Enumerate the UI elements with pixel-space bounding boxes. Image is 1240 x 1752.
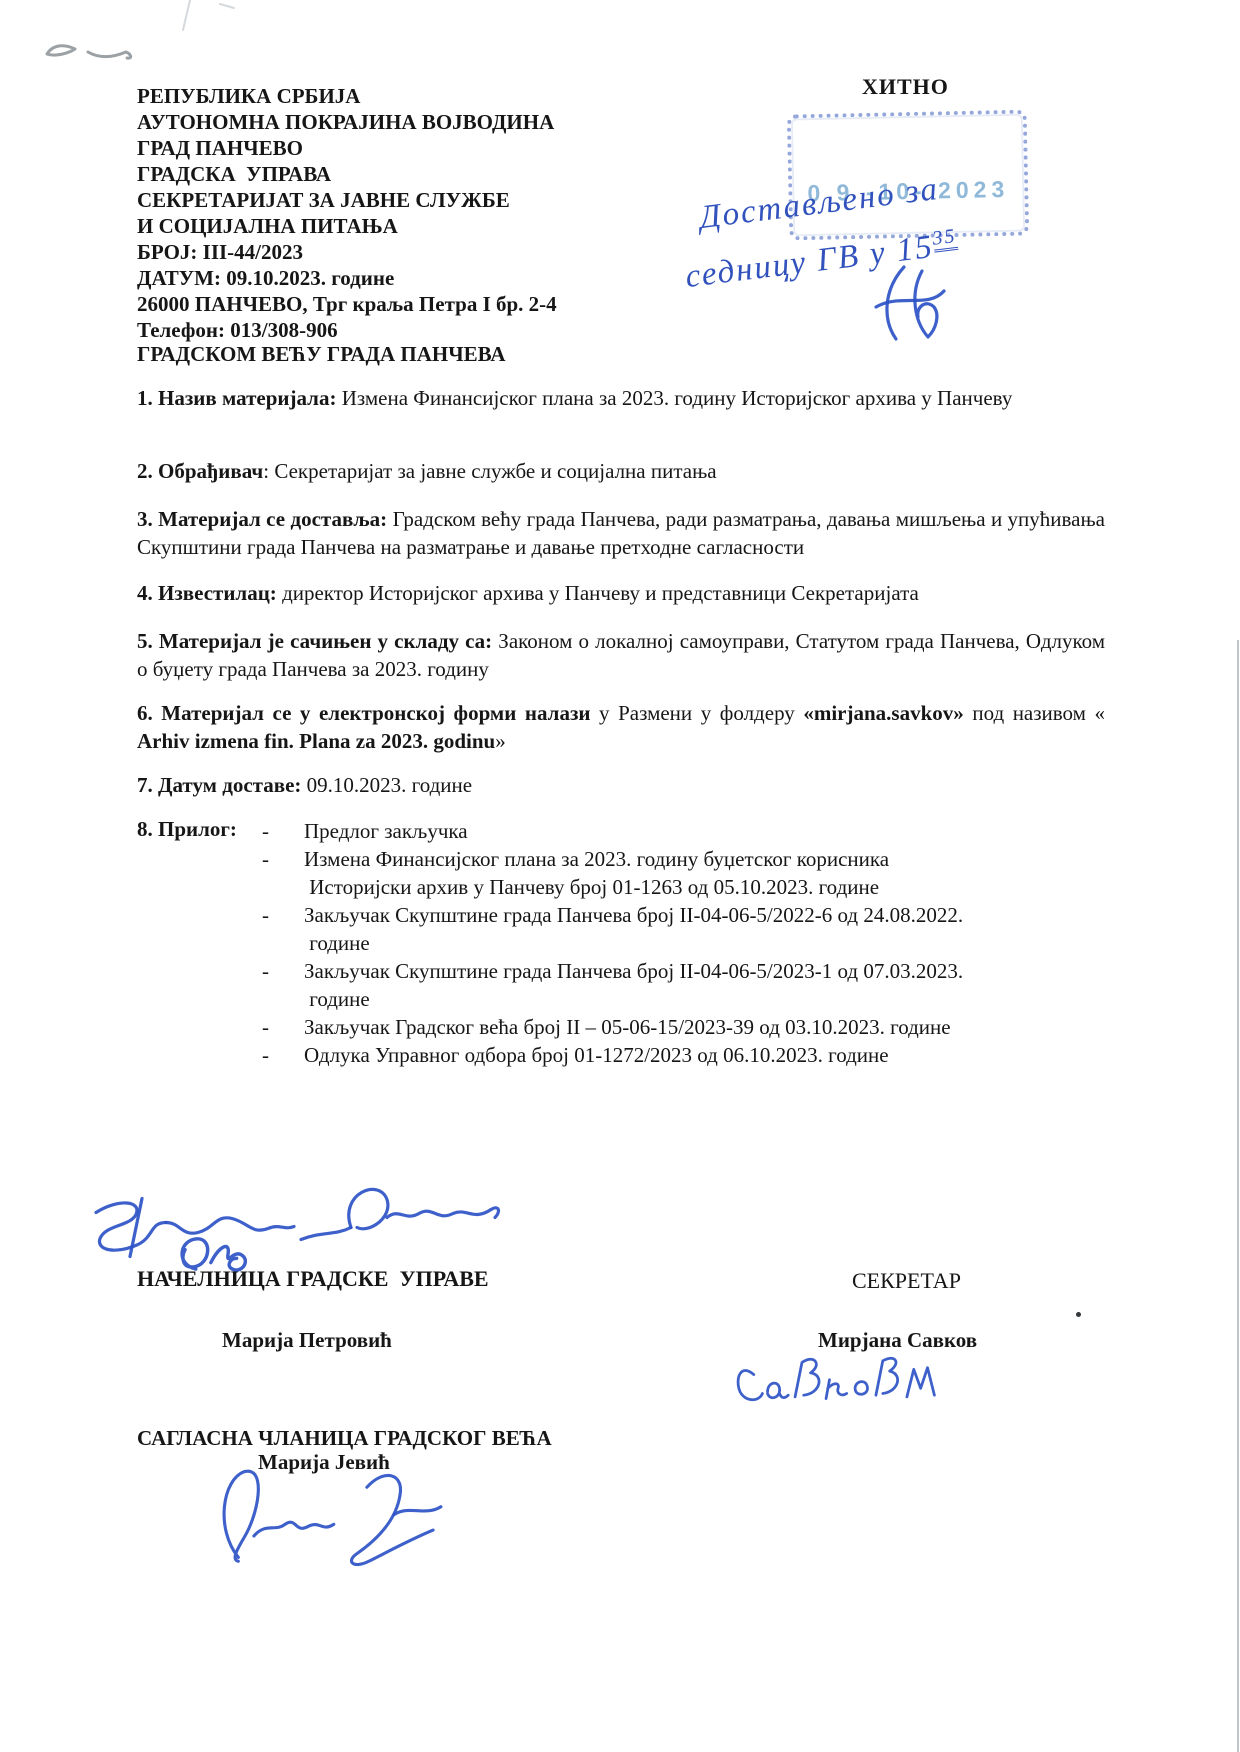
folder-name: «mirjana.savkov» — [803, 701, 963, 725]
paragraph-rapporteur: 4. Известилац: директор Историјског архи… — [137, 579, 1105, 607]
attachment-text: Одлука Управног одбора број 01-1272/2023… — [304, 1041, 1072, 1069]
dash-bullet: - — [262, 817, 304, 845]
dash-bullet: - — [262, 957, 304, 985]
scan-edge-line — [1237, 640, 1239, 1752]
paragraph-legal-basis: 5. Материјал је сачињен у складу са: Зак… — [137, 627, 1105, 683]
scan-smudge-artifact — [86, 44, 138, 64]
paragraph-text: Измена Финансијског плана за 2023. годин… — [336, 386, 1012, 410]
letterhead-line: АУТОНОМНА ПОКРАЈИНА ВОЈВОДИНА — [137, 109, 557, 135]
attachment-text: Измена Финансијског плана за 2023. годин… — [304, 845, 1072, 901]
paragraph-label: 3. Материјал се доставља: — [137, 507, 387, 531]
scanned-document-page: РЕПУБЛИКА СРБИЈА АУТОНОМНА ПОКРАЈИНА ВОЈ… — [0, 0, 1240, 1752]
letterhead: РЕПУБЛИКА СРБИЈА АУТОНОМНА ПОКРАЈИНА ВОЈ… — [137, 83, 557, 343]
chief-name: Марија Петровић — [222, 1328, 392, 1353]
handwritten-note-superscript: 35 — [931, 225, 958, 253]
paragraph-text: » — [495, 729, 506, 753]
attachment-item: - Закључак Градског већа број II – 05-06… — [262, 1013, 1072, 1041]
dash-bullet: - — [262, 1013, 304, 1041]
letterhead-line: РЕПУБЛИКА СРБИЈА — [137, 83, 557, 109]
paragraph-text: : Секретаријат за јавне службе и социјал… — [263, 459, 716, 483]
attachments-label: 8. Прилог: — [137, 817, 237, 842]
paragraph-processor: 2. Обрађивач: Секретаријат за јавне служ… — [137, 457, 1105, 485]
paragraph-delivered-to: 3. Материјал се доставља: Градском већу … — [137, 505, 1105, 561]
attachment-text: Закључак Скупштине града Панчева број II… — [304, 957, 1072, 1013]
secretary-title: СЕКРЕТАР — [852, 1268, 961, 1294]
attachment-item: - Закључак Скупштине града Панчева број … — [262, 957, 1072, 1013]
attachment-text: Закључак Градског већа број II – 05-06-1… — [304, 1013, 1072, 1041]
paragraph-electronic-location: 6. Материјал се у електронској форми нал… — [137, 699, 1105, 755]
paragraph-text: 09.10.2023. године — [301, 773, 472, 797]
paragraph-text: под називом « — [964, 701, 1105, 725]
attachment-item: - Измена Финансијског плана за 2023. год… — [262, 845, 1072, 901]
attachments-list: - Предлог закључка - Измена Финансијског… — [262, 817, 1072, 1069]
secretary-signature-scribble — [728, 1348, 943, 1414]
consenting-member-signature-scribble — [198, 1460, 452, 1572]
scan-dot-artifact — [1076, 1312, 1081, 1317]
chief-signature-scribble — [295, 1175, 505, 1250]
attachment-item: - Предлог закључка — [262, 817, 1072, 845]
handwritten-initials-scribble — [856, 260, 956, 346]
paragraph-label: 7. Датум доставе: — [137, 773, 301, 797]
file-name: Arhiv izmena fin. Plana za 2023. godinu — [137, 729, 495, 753]
attachment-text: Предлог закључка — [304, 817, 1072, 845]
paragraph-delivery-date: 7. Датум доставе: 09.10.2023. године — [137, 771, 1105, 799]
scan-smudge-artifact — [44, 40, 84, 62]
letterhead-line: ГРАДСКА УПРАВА — [137, 161, 557, 187]
consenting-member-title: САГЛАСНА ЧЛАНИЦА ГРАДСКОГ ВЕЋА — [137, 1426, 552, 1451]
dash-bullet: - — [262, 901, 304, 929]
dash-bullet: - — [262, 845, 304, 873]
paragraph-label: 2. Обрађивач — [137, 459, 263, 483]
letterhead-address: 26000 ПАНЧЕВО, Трг краља Петра I бр. 2-4 — [137, 291, 557, 317]
chief-title: НАЧЕЛНИЦА ГРАДСКЕ УПРАВЕ — [137, 1266, 489, 1292]
scan-smudge-artifact — [180, 0, 240, 32]
urgent-label: ХИТНО — [862, 74, 949, 100]
attachment-item: - Одлука Управног одбора број 01-1272/20… — [262, 1041, 1072, 1069]
letterhead-date: ДАТУМ: 09.10.2023. године — [137, 265, 557, 291]
paragraph-label: 4. Известилац: — [137, 581, 277, 605]
letterhead-case-number: БРОЈ: III-44/2023 — [137, 239, 557, 265]
recipient-title: ГРАДСКОМ ВЕЋУ ГРАДА ПАНЧЕВА — [137, 342, 506, 367]
letterhead-line: СЕКРЕТАРИЈАТ ЗА ЈАВНЕ СЛУЖБЕ — [137, 187, 557, 213]
paragraph-text: у Размени у фолдеру — [590, 701, 803, 725]
attachment-item: - Закључак Скупштине града Панчева број … — [262, 901, 1072, 957]
dash-bullet: - — [262, 1041, 304, 1069]
letterhead-line: И СОЦИЈАЛНА ПИТАЊА — [137, 213, 557, 239]
paragraph-material-name: 1. Назив материјала: Измена Финансијског… — [137, 384, 1105, 412]
paragraph-text: директор Историјског архива у Панчеву и … — [277, 581, 919, 605]
chief-signature-scribble — [90, 1190, 300, 1265]
letterhead-phone: Телефон: 013/308-906 — [137, 317, 557, 343]
paragraph-label: 6. Материјал се у електронској форми нал… — [137, 701, 590, 725]
paragraph-label: 1. Назив материјала: — [137, 386, 336, 410]
paragraph-label: 5. Материјал је сачињен у складу са: — [137, 629, 492, 653]
attachment-text: Закључак Скупштине града Панчева број II… — [304, 901, 1072, 957]
letterhead-line: ГРАД ПАНЧЕВО — [137, 135, 557, 161]
